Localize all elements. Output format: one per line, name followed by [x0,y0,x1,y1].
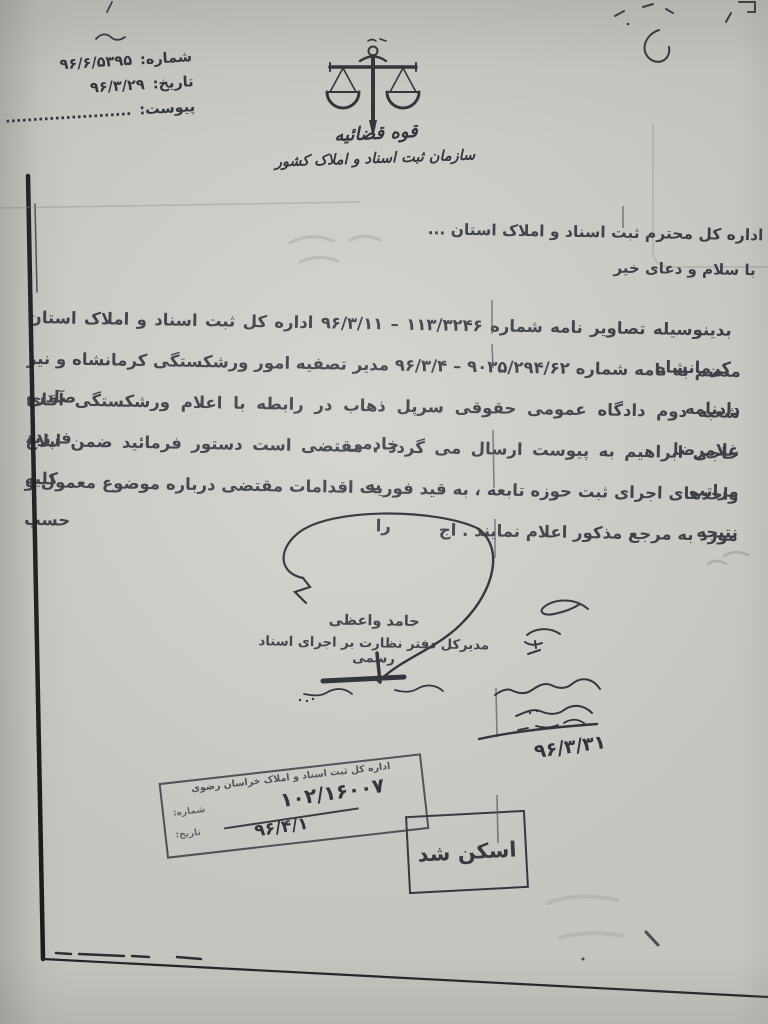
scanned-letter-page: قوه قضائیه سازمان ثبت اسناد و املاک کشور… [0,0,768,1024]
scanned-stamp: اسکن شد [405,810,529,894]
receipt-stamp-date: ۹۶/۴/۱ [253,814,309,842]
body-paragraph: بدینوسیله تصاویر نامه شماره ۱۱۳/۳۲۴۶ – ۹… [24,299,742,558]
receipt-stamp-date-label: تاریخ: [175,828,201,841]
signatory-title: مدیرکل دفتر نظارت بر اجرای اسناد رسمی [237,634,510,669]
salutation-line: با سلام و دعای خیر [613,259,756,280]
recipient-line: اداره کل محترم ثبت اسناد و املاک استان .… [427,220,763,244]
signatory-name: حامد واعظی [292,612,456,631]
receipt-stamp-number-label: شماره: [173,805,206,819]
letter-content: اداره کل محترم ثبت اسناد و املاک استان .… [0,0,768,1024]
